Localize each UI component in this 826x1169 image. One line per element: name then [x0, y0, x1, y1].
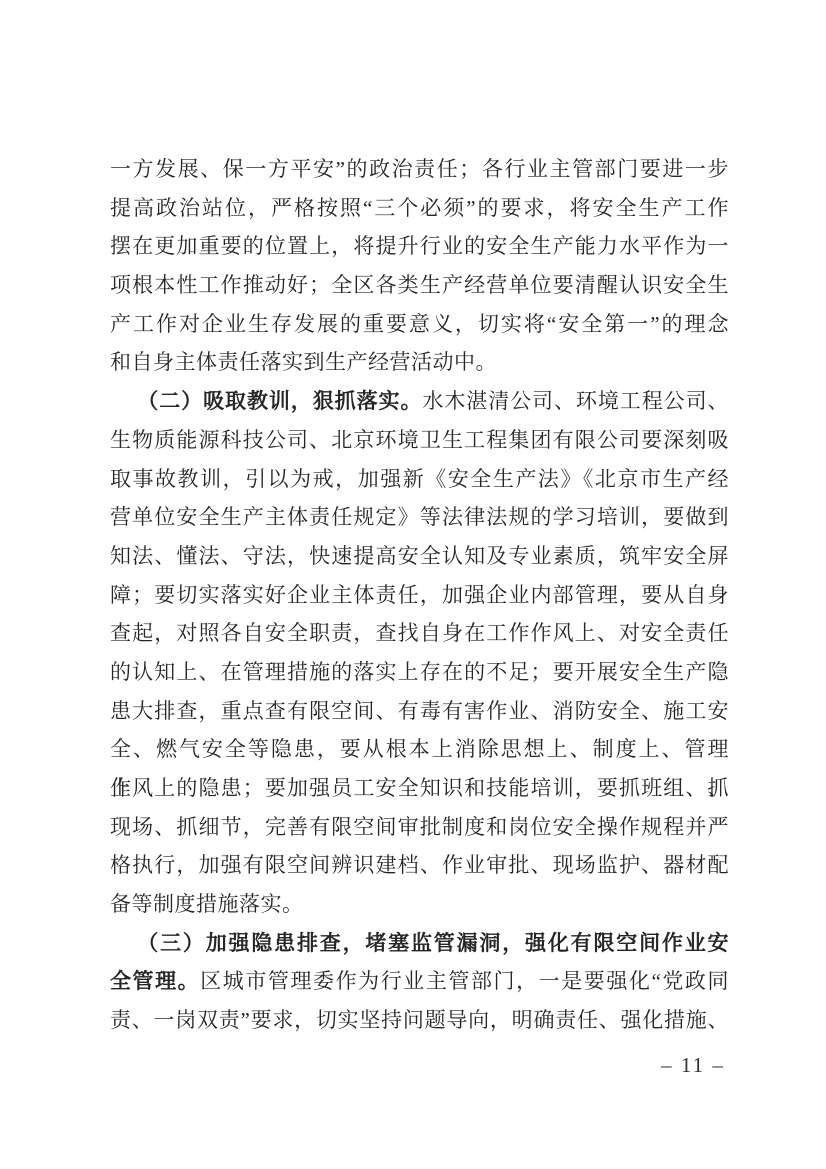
body-text: 和自身主体责任落实到生产经营活动中。	[110, 350, 497, 374]
section-heading: （二）吸取教训，狠抓落实。	[137, 389, 422, 413]
text-line: 全管理。区城市管理委作为行业主管部门，一是要强化“党政同	[110, 962, 729, 1001]
text-line: 现场、抓细节，完善有限空间审批制度和岗位安全操作规程并严	[110, 808, 729, 847]
body-text: 水木湛清公司、环境工程公司、	[422, 389, 729, 413]
section-heading: （三）加强隐患排查，堵塞监管漏洞，强化有限空间作业安	[137, 931, 729, 955]
body-text: 提高政治站位，严格按照“三个必须”的要求，将安全生产工作	[110, 196, 729, 220]
text-line: 备等制度措施落实。	[110, 885, 729, 924]
body-text: 项根本性工作推动好；全区各类生产经营单位要清醒认识安全生	[110, 273, 729, 297]
body-text: 作风上的隐患；要加强员工安全知识和技能培训，要抓班组、抓	[110, 776, 729, 800]
text-line: 提高政治站位，严格按照“三个必须”的要求，将安全生产工作	[110, 189, 729, 228]
text-line: 营单位安全生产主体责任规定》等法律法规的学习培训，要做到	[110, 498, 729, 537]
body-text: 的认知上、在管理措施的落实上存在的不足；要开展安全生产隐	[110, 660, 729, 684]
text-line: 的认知上、在管理措施的落实上存在的不足；要开展安全生产隐	[110, 653, 729, 692]
text-line: 格执行，加强有限空间辨识建档、作业审批、现场监护、器材配	[110, 846, 729, 885]
text-line: 生物质能源科技公司、北京环境卫生工程集团有限公司要深刻吸	[110, 421, 729, 460]
text-line: 障；要切实落实好企业主体责任，加强企业内部管理，要从自身	[110, 576, 729, 615]
text-line: （三）加强隐患排查，堵塞监管漏洞，强化有限空间作业安	[110, 924, 729, 963]
body-text: 责、一岗双责”要求，切实坚持问题导向，明确责任、强化措施、	[110, 1008, 729, 1032]
body-text: 一方发展、保一方平安”的政治责任；各行业主管部门要进一步	[110, 157, 729, 181]
body-text: 产工作对企业生存发展的重要意义，切实将“安全第一”的理念	[110, 312, 729, 336]
text-line: 知法、懂法、守法，快速提高安全认知及专业素质，筑牢安全屏	[110, 537, 729, 576]
body-text: 备等制度措施落实。	[110, 892, 304, 916]
body-text: 生物质能源科技公司、北京环境卫生工程集团有限公司要深刻吸	[110, 428, 729, 452]
document-page: 一方发展、保一方平安”的政治责任；各行业主管部门要进一步提高政治站位，严格按照“…	[0, 0, 826, 1169]
text-line: 作风上的隐患；要加强员工安全知识和技能培训，要抓班组、抓	[110, 769, 729, 808]
text-line: 患大排查，重点查有限空间、有毒有害作业、消防安全、施工安	[110, 692, 729, 731]
body-text: 知法、懂法、守法，快速提高安全认知及专业素质，筑牢安全屏	[110, 544, 729, 568]
text-line: 责、一岗双责”要求，切实坚持问题导向，明确责任、强化措施、	[110, 1001, 729, 1040]
body-text: 障；要切实落实好企业主体责任，加强企业内部管理，要从自身	[110, 583, 729, 607]
section-heading: 全管理。	[110, 969, 200, 993]
body-text: 营单位安全生产主体责任规定》等法律法规的学习培训，要做到	[110, 505, 729, 529]
text-line: 和自身主体责任落实到生产经营活动中。	[110, 343, 729, 382]
text-line: 取事故教训，引以为戒，加强新《安全生产法》《北京市生产经	[110, 460, 729, 499]
document-text-block: 一方发展、保一方平安”的政治责任；各行业主管部门要进一步提高政治站位，严格按照“…	[110, 150, 729, 1040]
body-text: 格执行，加强有限空间辨识建档、作业审批、现场监护、器材配	[110, 853, 729, 877]
page-number: – 11 –	[648, 1050, 738, 1080]
text-line: 查起，对照各自安全职责，查找自身在工作作风上、对安全责任	[110, 614, 729, 653]
body-text: 查起，对照各自安全职责，查找自身在工作作风上、对安全责任	[110, 621, 729, 645]
body-text: 取事故教训，引以为戒，加强新《安全生产法》《北京市生产经	[110, 467, 729, 491]
body-text: 患大排查，重点查有限空间、有毒有害作业、消防安全、施工安	[110, 699, 729, 723]
text-line: 摆在更加重要的位置上，将提升行业的安全生产能力水平作为一	[110, 227, 729, 266]
text-line: 产工作对企业生存发展的重要意义，切实将“安全第一”的理念	[110, 305, 729, 344]
body-text: 现场、抓细节，完善有限空间审批制度和岗位安全操作规程并严	[110, 815, 729, 839]
text-line: （二）吸取教训，狠抓落实。水木湛清公司、环境工程公司、	[110, 382, 729, 421]
text-line: 一方发展、保一方平安”的政治责任；各行业主管部门要进一步	[110, 150, 729, 189]
text-line: 全、燃气安全等隐患，要从根本上消除思想上、制度上、管理上、	[110, 730, 729, 769]
body-text: 摆在更加重要的位置上，将提升行业的安全生产能力水平作为一	[110, 234, 729, 258]
body-text: 区城市管理委作为行业主管部门，一是要强化“党政同	[200, 969, 729, 993]
text-line: 项根本性工作推动好；全区各类生产经营单位要清醒认识安全生	[110, 266, 729, 305]
